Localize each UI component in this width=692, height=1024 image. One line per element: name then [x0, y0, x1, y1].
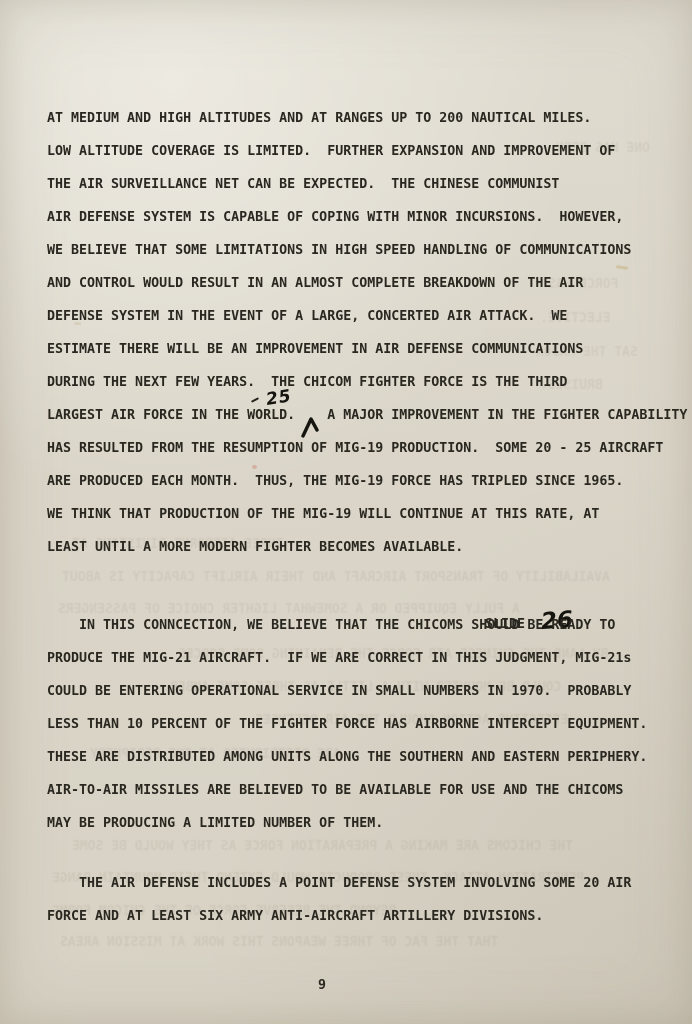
paragraph-mig21-production: IN THIS CONNCECTION, WE BELIEVE THAT THE… — [47, 609, 647, 840]
typed-line: WE BELIEVE THAT SOME LIMITATIONS IN HIGH… — [47, 234, 687, 267]
typed-line: MAY BE PRODUCING A LIMITED NUMBER OF THE… — [47, 807, 647, 840]
typed-line: ESTIMATE THERE WILL BE AN IMPROVEMENT IN… — [47, 333, 687, 366]
typed-line: LARGEST AIR FORCE IN THE WORLD. A MAJOR … — [47, 399, 687, 432]
typed-line: THE AIR SURVEILLANCE NET CAN BE EXPECTED… — [47, 168, 687, 201]
typed-line: FORCE AND AT LEAST SIX ARMY ANTI-AIRCRAF… — [47, 900, 631, 933]
typed-line: COULD BE ENTERING OPERATIONAL SERVICE IN… — [47, 675, 647, 708]
paragraph-air-defense-overview: AT MEDIUM AND HIGH ALTITUDES AND AT RANG… — [47, 102, 687, 564]
typed-line: LESS THAN 10 PERCENT OF THE FIGHTER FORC… — [47, 708, 647, 741]
typed-line: WE THINK THAT PRODUCTION OF THE MIG-19 W… — [47, 498, 687, 531]
paper-speck-small — [74, 322, 81, 325]
typed-line: AIR DEFENSE SYSTEM IS CAPABLE OF COPING … — [47, 201, 687, 234]
typed-line: THE AIR DEFENSE INCLUDES A POINT DEFENSE… — [47, 867, 631, 900]
handwritten-caret-icon — [300, 416, 324, 438]
page-number: 9 — [292, 978, 352, 993]
typed-line: IN THIS CONNCECTION, WE BELIEVE THAT THE… — [47, 609, 647, 642]
typed-line: PRODUCE THE MIG-21 AIRCRAFT. IF WE ARE C… — [47, 642, 647, 675]
typed-line: HAS RESULTED FROM THE RESUMPTION OF MIG-… — [47, 432, 687, 465]
typed-line: LEAST UNTIL A MORE MODERN FIGHTER BECOME… — [47, 531, 687, 564]
paragraph-point-defense: THE AIR DEFENSE INCLUDES A POINT DEFENSE… — [47, 867, 631, 933]
bleedthrough-line: THAT THE FAC OF THREE WEAPONS THIS WORK … — [60, 936, 498, 950]
typed-line: DURING THE NEXT FEW YEARS. THE CHICOM FI… — [47, 366, 687, 399]
typed-line: ARE PRODUCED EACH MONTH. THUS, THE MIG-1… — [47, 465, 687, 498]
scanned-document-page: ONE HAS BEENFORCE HASELECTIVE.SAT THE MA… — [0, 0, 692, 1024]
typed-line: AIR-TO-AIR MISSILES ARE BELIEVED TO BE A… — [47, 774, 647, 807]
typed-line: THESE ARE DISTRIBUTED AMONG UNITS ALONG … — [47, 741, 647, 774]
typed-line: AND CONTROL WOULD RESULT IN AN ALMOST CO… — [47, 267, 687, 300]
typed-line: AT MEDIUM AND HIGH ALTITUDES AND AT RANG… — [47, 102, 687, 135]
typed-line: LOW ALTITUDE COVERAGE IS LIMITED. FURTHE… — [47, 135, 687, 168]
typed-line: DEFENSE SYSTEM IN THE EVENT OF A LARGE, … — [47, 300, 687, 333]
bleedthrough-line: THE CHICOMS ARE MAKING A PREPARATION FOR… — [72, 840, 573, 854]
handwritten-inserted-number: 25 — [265, 386, 293, 410]
paper-speck-pink — [252, 465, 257, 469]
